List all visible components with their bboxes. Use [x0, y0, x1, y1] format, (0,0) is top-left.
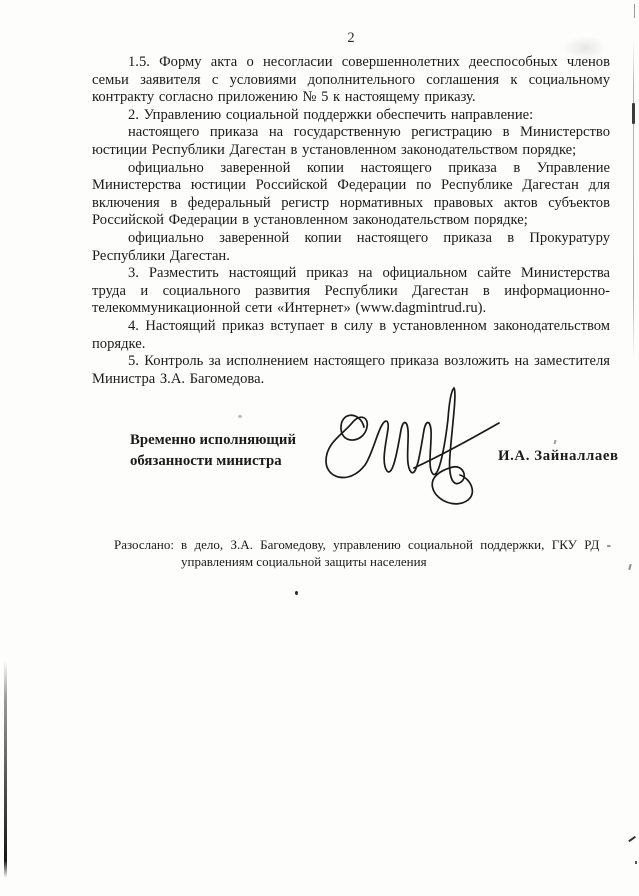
scan-artifact-left-edge-line	[4, 660, 7, 878]
paragraph-5: 5. Контроль за исполнением настоящего пр…	[92, 353, 610, 388]
paragraph-2-sub1: настоящего приказа на государственную ре…	[92, 124, 610, 159]
paragraph-2-sub2: официально заверенной копии настоящего п…	[92, 160, 610, 230]
distribution-note: Разослано: в дело, З.А. Багомедову, упра…	[114, 537, 611, 570]
document-page: 2 1.5. Форму акта о несогласии совершенн…	[0, 0, 639, 896]
signatory-name: И.А. Зайналлаев	[498, 448, 619, 465]
page-number: 2	[92, 30, 610, 47]
scan-artifact-top-right-tick	[634, 4, 635, 18]
distribution-text: в дело, З.А. Багомедову, управлению соци…	[181, 537, 611, 570]
paragraph-2: 2. Управлению социальной поддержки обесп…	[92, 107, 610, 125]
scan-artifact-right-edge-line	[633, 40, 634, 360]
signatory-position-line1: Временно исполняющий	[130, 430, 296, 451]
scan-artifact-speck	[238, 415, 242, 418]
document-body: 1.5. Форму акта о несогласии совершеннол…	[92, 54, 610, 388]
signatory-position-line2: обязанности министра	[130, 451, 296, 472]
paragraph-4: 4. Настоящий приказ вступает в силу в ус…	[92, 318, 610, 353]
signatory-position: Временно исполняющий обязанности министр…	[130, 430, 296, 472]
paragraph-3: 3. Разместить настоящий приказ на официа…	[92, 265, 610, 318]
scan-artifact-right-edge-blob	[632, 103, 635, 124]
scan-artifact-bottom-right-mark	[628, 836, 635, 842]
distribution-label: Разослано:	[114, 537, 174, 570]
scan-artifact-center-dot	[295, 591, 298, 595]
paragraph-1-5: 1.5. Форму акта о несогласии совершеннол…	[92, 54, 610, 107]
scan-artifact-speck	[553, 440, 556, 444]
paragraph-2-sub3: официально заверенной копии настоящего п…	[92, 230, 610, 265]
scan-artifact-right-mark	[628, 564, 631, 570]
handwritten-signature	[320, 385, 500, 515]
scan-artifact-bottom-right-dot	[635, 861, 637, 864]
